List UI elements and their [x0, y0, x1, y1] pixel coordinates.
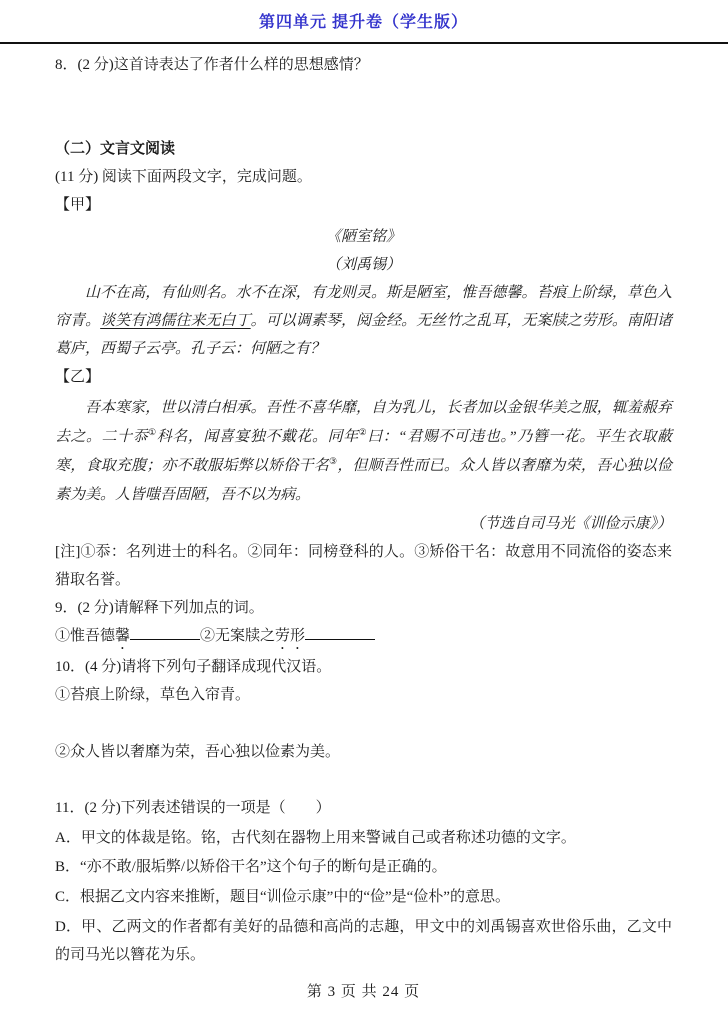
question-10-stem: 10．(4 分)请将下列句子翻译成现代汉语。 — [55, 653, 672, 681]
passage-yi-label: 【乙】 — [55, 363, 672, 391]
footnotes: [注]①忝：名列进士的科名。②同年：同榜登科的人。③矫俗干名：故意用不同流俗的姿… — [55, 538, 672, 594]
exam-page: 第四单元 提升卷（学生版） 8．(2 分)这首诗表达了作者什么样的思想感情？ （… — [0, 0, 728, 1024]
section-intro: (11 分) 阅读下面两段文字，完成问题。 — [55, 163, 672, 191]
passage-jia-author: （刘禹锡） — [55, 251, 672, 279]
section-heading: （二）文言文阅读 — [55, 135, 672, 163]
q9-item2-dotted-word: 劳形 — [275, 628, 305, 644]
footnote-marker-2: ② — [359, 427, 368, 437]
passage-source: （节选自司马光《训俭示康》） — [55, 510, 672, 538]
option-b: B．“亦不敢/服垢弊/以矫俗干名”这个句子的断句是正确的。 — [55, 853, 672, 881]
question-10-item-2: ②众人皆以奢靡为荣，吾心独以俭素为美。 — [55, 738, 672, 766]
question-11-stem: 11．(2 分)下列表述错误的一项是（ ） — [55, 794, 672, 822]
question-9-stem: 9．(2 分)请解释下列加点的词。 — [55, 594, 672, 622]
passage-jia-label: 【甲】 — [55, 191, 672, 219]
question-10-item-1: ①苔痕上阶绿，草色入帘青。 — [55, 681, 672, 709]
option-a: A．甲文的体裁是铭。铭，古代刻在器物上用来警诫自己或者称述功德的文字。 — [55, 824, 672, 852]
q9-item1-answer-blank — [130, 624, 200, 640]
q9-item1-dotted-word: 馨 — [115, 628, 130, 644]
passage-yi-text: 吾本寒家，世以清白相承。吾性不喜华靡，自为乳儿，长者加以金银华美之服，辄羞赧弃去… — [55, 394, 672, 510]
passage-jia-title: 《陋室铭》 — [55, 223, 672, 251]
q9-item2-answer-blank — [305, 624, 375, 640]
option-c: C．根据乙文内容来推断，题目“训俭示康”中的“俭”是“俭朴”的意思。 — [55, 883, 672, 911]
passage-jia-text: 山不在高，有仙则名。水不在深，有龙则灵。斯是陋室，惟吾德馨。苔痕上阶绿，草色入帘… — [55, 279, 672, 363]
page-content: 8．(2 分)这首诗表达了作者什么样的思想感情？ （二）文言文阅读 (11 分)… — [0, 51, 728, 1006]
page-footer: 第 3 页 共 24 页 — [55, 978, 672, 1006]
option-d: D．甲、乙两文的作者都有美好的品德和高尚的志趣，甲文中的刘禹锡喜欢世俗乐曲，乙文… — [55, 913, 672, 969]
q9-item1-text: ①惟吾德 — [55, 628, 115, 644]
yi-text-seg2: 科名，闻喜宴独不戴花。同年 — [157, 429, 359, 445]
q9-item2-text: ②无案牍之 — [200, 628, 275, 644]
page-title: 第四单元 提升卷（学生版） — [55, 10, 672, 36]
question-9-items: ①惟吾德馨②无案牍之劳形 — [55, 622, 672, 653]
page-header: 第四单元 提升卷（学生版） — [0, 0, 728, 44]
footnote-marker-1: ① — [148, 427, 157, 437]
question-8: 8．(2 分)这首诗表达了作者什么样的思想感情？ — [55, 51, 672, 79]
jia-text-underlined-phrase: 谈笑有鸿儒往来无白丁 — [100, 313, 251, 329]
